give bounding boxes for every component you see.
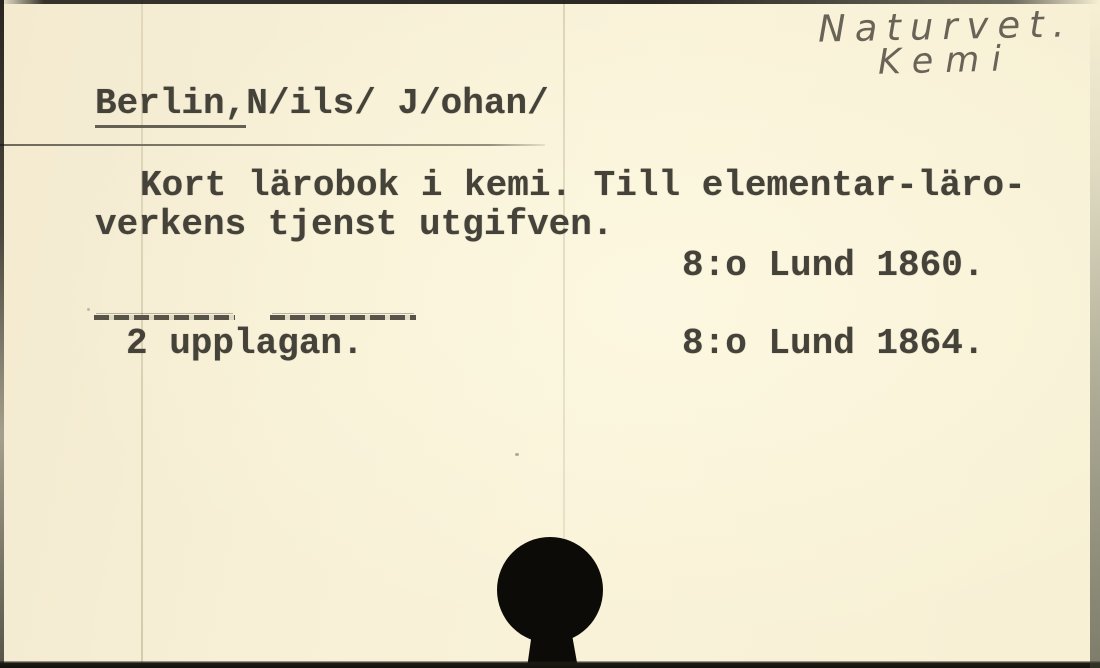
title-line1: Kort lärobok i kemi. Till elementar-läro… (140, 166, 1026, 206)
typed-overscore-segment-2 (270, 315, 416, 320)
scan-edge-right (1090, 0, 1100, 668)
title-line2: verkens tjenst utgifven. (95, 205, 613, 245)
scan-edge-left (0, 0, 4, 668)
keyhole-punch-hole-icon (470, 530, 630, 668)
scan-speck (87, 308, 90, 311)
scan-edge-bottom (0, 661, 1100, 668)
author-surname: Berlin, (95, 83, 246, 128)
imprint-first-edition: 8:o Lund 1860. (682, 246, 984, 286)
author-heading: Berlin,N/ils/ J/ohan/ (95, 84, 549, 124)
typed-overscore-segment-1 (94, 315, 235, 320)
handwritten-classification-line2: Kemi (877, 39, 1013, 83)
scan-speck (515, 453, 519, 456)
imprint-second-edition: 8:o Lund 1864. (682, 324, 984, 364)
catalog-card-scan: Naturvet. Kemi Berlin,N/ils/ J/ohan/ Kor… (0, 0, 1100, 668)
author-forenames: N/ils/ J/ohan/ (246, 83, 548, 124)
scan-edge-top (0, 0, 1100, 4)
horizontal-rule (0, 144, 545, 146)
edition-statement: 2 upplagan. (126, 324, 364, 364)
